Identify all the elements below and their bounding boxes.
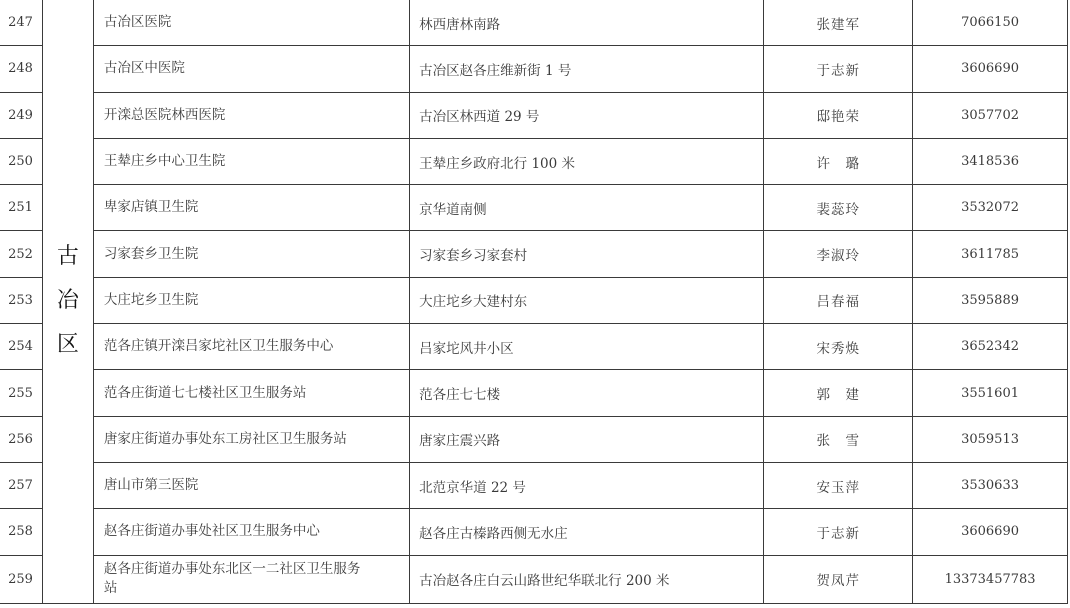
row-number: 247 (0, 0, 42, 46)
phone-number: 3057702 (913, 92, 1068, 138)
phone-number: 3652342 (913, 324, 1068, 370)
facility-address: 赵各庄古榛路西侧无水庄 (410, 509, 764, 555)
district-cell: 古 冶 区 (42, 0, 93, 603)
facility-name: 范各庄街道七七楼社区卫生服务站 (93, 370, 409, 416)
facility-address: 林西唐林南路 (410, 0, 764, 46)
contact-person: 贺凤芹 (764, 555, 913, 603)
facility-address: 习家套乡习家套村 (410, 231, 764, 277)
row-number: 252 (0, 231, 42, 277)
facility-address: 古冶区赵各庄维新街 1 号 (410, 46, 764, 92)
facility-name: 赵各庄街道办事处东北区一二社区卫生服务 站 (93, 555, 409, 603)
table-row: 255 范各庄街道七七楼社区卫生服务站 范各庄七七楼 郭 建 3551601 (0, 370, 1068, 416)
district-char: 古 (43, 235, 93, 279)
row-number: 250 (0, 138, 42, 184)
facility-name: 赵各庄街道办事处社区卫生服务中心 (93, 509, 409, 555)
table-row: 256 唐家庄街道办事处东工房社区卫生服务站 唐家庄震兴路 张 雪 305951… (0, 416, 1068, 462)
facility-name: 大庄坨乡卫生院 (93, 277, 409, 323)
table-row: 257 唐山市第三医院 北范京华道 22 号 安玉萍 3530633 (0, 462, 1068, 508)
facility-name: 唐家庄街道办事处东工房社区卫生服务站 (93, 416, 409, 462)
table-row: 251 卑家店镇卫生院 京华道南侧 裴蕊玲 3532072 (0, 185, 1068, 231)
phone-number: 3059513 (913, 416, 1068, 462)
table-row: 254 范各庄镇开滦吕家坨社区卫生服务中心 吕家坨风井小区 宋秀焕 365234… (0, 324, 1068, 370)
contact-person: 许 璐 (764, 138, 913, 184)
contact-person: 于志新 (764, 509, 913, 555)
facility-name: 开滦总医院林西医院 (93, 92, 409, 138)
contact-person: 安玉萍 (764, 462, 913, 508)
facility-address: 范各庄七七楼 (410, 370, 764, 416)
facility-name-line: 赵各庄街道办事处东北区一二社区卫生服务 (104, 560, 409, 579)
facility-name: 古冶区中医院 (93, 46, 409, 92)
row-number: 248 (0, 46, 42, 92)
row-number: 254 (0, 324, 42, 370)
contact-person: 于志新 (764, 46, 913, 92)
phone-number: 3530633 (913, 462, 1068, 508)
phone-number: 3606690 (913, 46, 1068, 92)
facility-address: 唐家庄震兴路 (410, 416, 764, 462)
phone-number: 3611785 (913, 231, 1068, 277)
phone-number: 3595889 (913, 277, 1068, 323)
row-number: 255 (0, 370, 42, 416)
contact-person: 吕春福 (764, 277, 913, 323)
facility-name: 唐山市第三医院 (93, 462, 409, 508)
table-row: 259 赵各庄街道办事处东北区一二社区卫生服务 站 古冶赵各庄白云山路世纪华联北… (0, 555, 1068, 603)
table-row: 250 王辇庄乡中心卫生院 王辇庄乡政府北行 100 米 许 璐 3418536 (0, 138, 1068, 184)
facility-address: 大庄坨乡大建村东 (410, 277, 764, 323)
row-number: 257 (0, 462, 42, 508)
facility-name: 范各庄镇开滦吕家坨社区卫生服务中心 (93, 324, 409, 370)
hospital-directory-table: 247 古 冶 区 古冶区医院 林西唐林南路 张建军 7066150 248 古… (0, 0, 1068, 604)
row-number: 251 (0, 185, 42, 231)
table-row: 258 赵各庄街道办事处社区卫生服务中心 赵各庄古榛路西侧无水庄 于志新 360… (0, 509, 1068, 555)
table-row: 247 古 冶 区 古冶区医院 林西唐林南路 张建军 7066150 (0, 0, 1068, 46)
table-row: 253 大庄坨乡卫生院 大庄坨乡大建村东 吕春福 3595889 (0, 277, 1068, 323)
table-row: 248 古冶区中医院 古冶区赵各庄维新街 1 号 于志新 3606690 (0, 46, 1068, 92)
district-char: 冶 (43, 279, 93, 323)
row-number: 258 (0, 509, 42, 555)
facility-address: 王辇庄乡政府北行 100 米 (410, 138, 764, 184)
contact-person: 张建军 (764, 0, 913, 46)
phone-number: 3551601 (913, 370, 1068, 416)
phone-number: 13373457783 (913, 555, 1068, 603)
row-number: 256 (0, 416, 42, 462)
facility-name: 古冶区医院 (93, 0, 409, 46)
facility-name: 卑家店镇卫生院 (93, 185, 409, 231)
contact-person: 郭 建 (764, 370, 913, 416)
contact-person: 李淑玲 (764, 231, 913, 277)
phone-number: 7066150 (913, 0, 1068, 46)
table-row: 252 习家套乡卫生院 习家套乡习家套村 李淑玲 3611785 (0, 231, 1068, 277)
district-char: 区 (43, 323, 93, 367)
facility-name: 习家套乡卫生院 (93, 231, 409, 277)
phone-number: 3532072 (913, 185, 1068, 231)
facility-address: 吕家坨风井小区 (410, 324, 764, 370)
table-row: 249 开滦总医院林西医院 古冶区林西道 29 号 邸艳荣 3057702 (0, 92, 1068, 138)
facility-address: 古冶赵各庄白云山路世纪华联北行 200 米 (410, 555, 764, 603)
contact-person: 邸艳荣 (764, 92, 913, 138)
phone-number: 3418536 (913, 138, 1068, 184)
row-number: 253 (0, 277, 42, 323)
row-number: 259 (0, 555, 42, 603)
contact-person: 张 雪 (764, 416, 913, 462)
facility-name-line: 站 (104, 579, 409, 598)
contact-person: 裴蕊玲 (764, 185, 913, 231)
facility-address: 古冶区林西道 29 号 (410, 92, 764, 138)
facility-address: 北范京华道 22 号 (410, 462, 764, 508)
facility-name: 王辇庄乡中心卫生院 (93, 138, 409, 184)
facility-address: 京华道南侧 (410, 185, 764, 231)
row-number: 249 (0, 92, 42, 138)
phone-number: 3606690 (913, 509, 1068, 555)
contact-person: 宋秀焕 (764, 324, 913, 370)
